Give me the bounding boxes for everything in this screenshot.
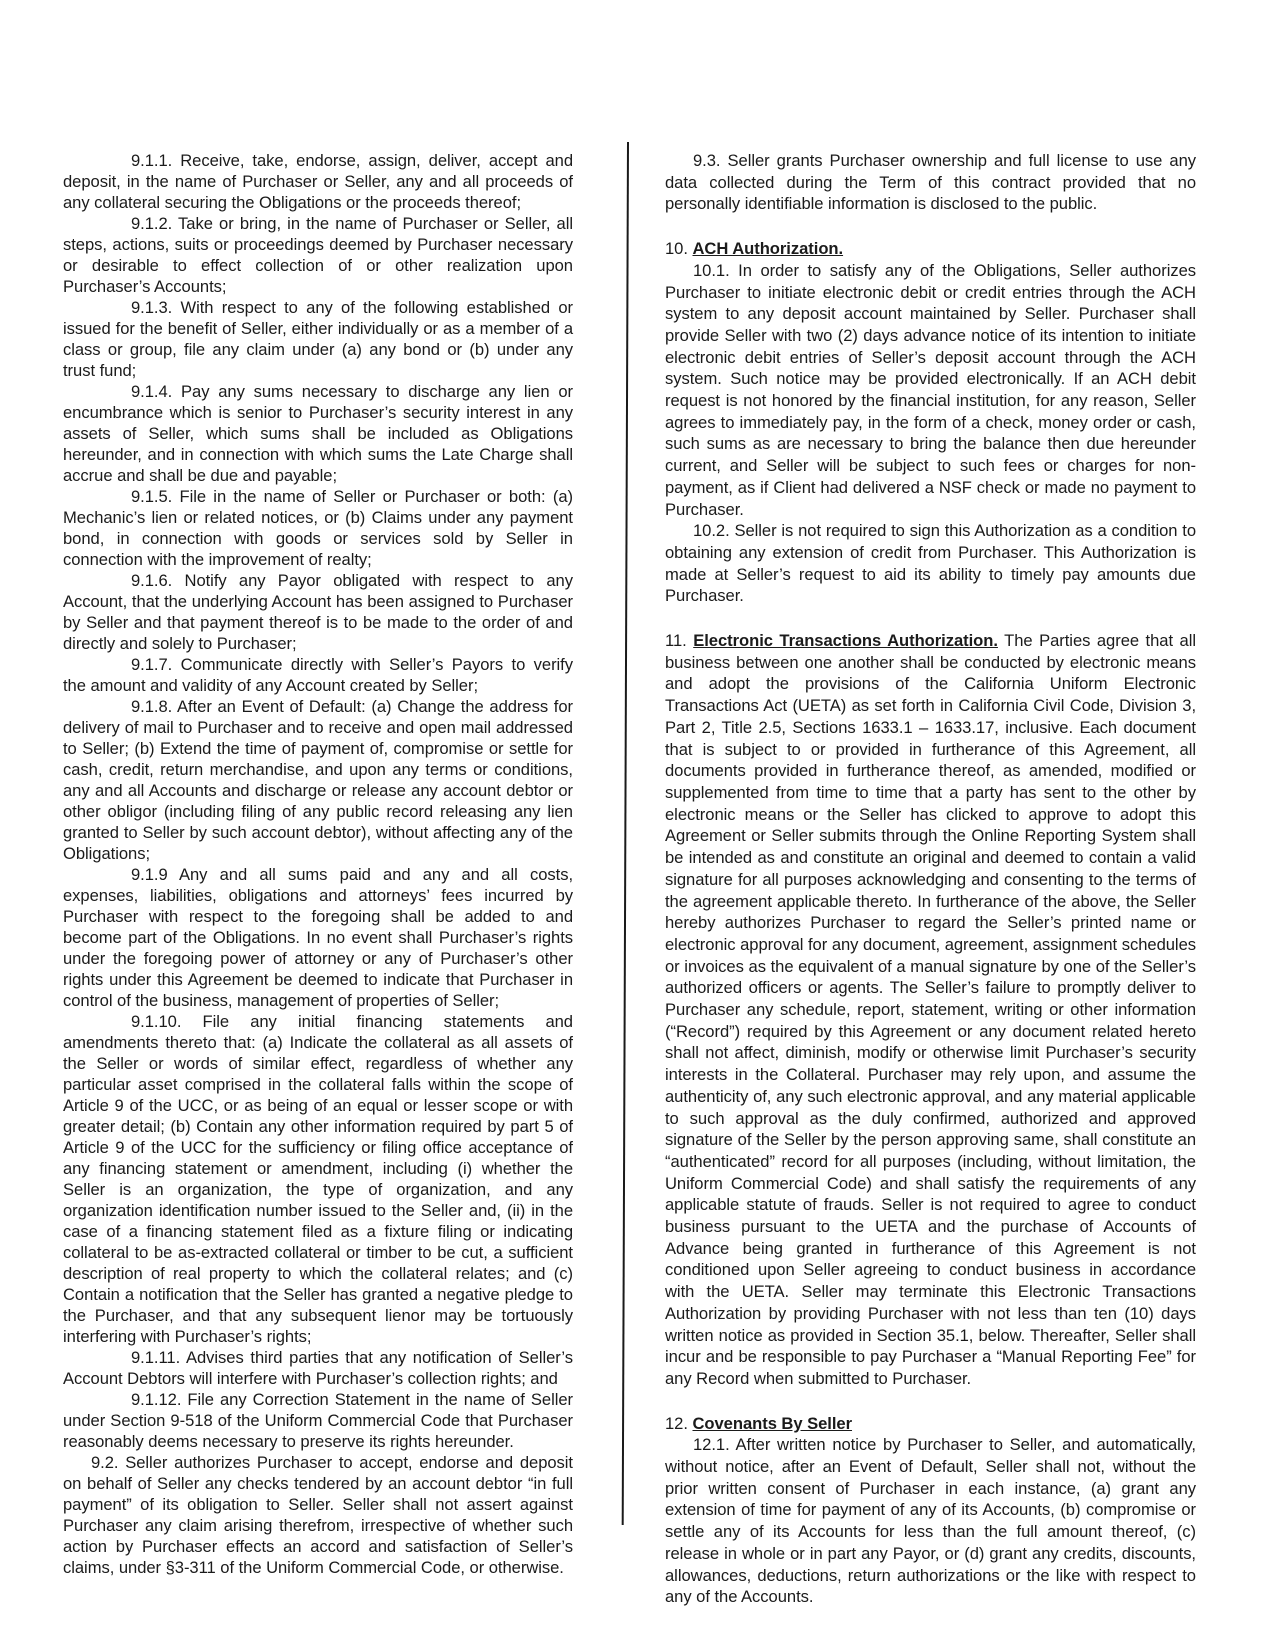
- paragraph-text: 9.1.10. File any initial financing state…: [63, 1012, 573, 1346]
- paragraph-text: 9.3. Seller grants Purchaser ownership a…: [665, 151, 1196, 213]
- section-heading-12: 12. Covenants By Seller: [665, 1413, 1196, 1435]
- paragraph-9-1-3: 9.1.3. With respect to any of the follow…: [63, 297, 573, 381]
- paragraph-9-3: 9.3. Seller grants Purchaser ownership a…: [665, 150, 1196, 215]
- paragraph-text: 9.2. Seller authorizes Purchaser to acce…: [63, 1453, 573, 1577]
- left-column: 9.1.1. Receive, take, endorse, assign, d…: [63, 150, 573, 1578]
- paragraph-9-1-8: 9.1.8. After an Event of Default: (a) Ch…: [63, 696, 573, 864]
- contract-page: 9.1.1. Receive, take, endorse, assign, d…: [0, 0, 1275, 1650]
- paragraph-text: 9.1.1. Receive, take, endorse, assign, d…: [63, 151, 573, 212]
- column-divider-line: [622, 142, 629, 1525]
- paragraph-text: 9.1.8. After an Event of Default: (a) Ch…: [63, 697, 573, 863]
- paragraph-9-1-10: 9.1.10. File any initial financing state…: [63, 1011, 573, 1347]
- paragraph-9-1-4: 9.1.4. Pay any sums necessary to dischar…: [63, 381, 573, 486]
- paragraph-text: 9.1.9 Any and all sums paid and any and …: [63, 865, 573, 1010]
- section-title: Electronic Transactions Authorization.: [693, 631, 998, 650]
- paragraph-text: 10.2. Seller is not required to sign thi…: [665, 521, 1196, 605]
- paragraph-9-1-2: 9.1.2. Take or bring, in the name of Pur…: [63, 213, 573, 297]
- paragraph-text: 9.1.5. File in the name of Seller or Pur…: [63, 487, 573, 569]
- paragraph-text: 9.1.4. Pay any sums necessary to dischar…: [63, 382, 573, 485]
- paragraph-text: 9.1.7. Communicate directly with Seller’…: [63, 655, 573, 695]
- section-number: 12.: [665, 1414, 688, 1433]
- paragraph-9-1-6: 9.1.6. Notify any Payor obligated with r…: [63, 570, 573, 654]
- paragraph-text: 9.1.11. Advises third parties that any n…: [63, 1348, 573, 1388]
- paragraph-9-1-7: 9.1.7. Communicate directly with Seller’…: [63, 654, 573, 696]
- section-number: 11.: [665, 631, 687, 650]
- section-title: ACH Authorization.: [692, 239, 843, 258]
- section-heading-10: 10. ACH Authorization.: [665, 238, 1196, 260]
- paragraph-9-1-11: 9.1.11. Advises third parties that any n…: [63, 1347, 573, 1389]
- section-number: 10.: [665, 239, 688, 258]
- paragraph-9-1-9: 9.1.9 Any and all sums paid and any and …: [63, 864, 573, 1011]
- paragraph-text: The Parties agree that all business betw…: [665, 631, 1196, 1388]
- paragraph-text: 9.1.3. With respect to any of the follow…: [63, 298, 573, 380]
- paragraph-text: 10.1. In order to satisfy any of the Obl…: [665, 261, 1196, 519]
- paragraph-text: 9.1.6. Notify any Payor obligated with r…: [63, 571, 573, 653]
- paragraph-9-2: 9.2. Seller authorizes Purchaser to acce…: [63, 1452, 573, 1578]
- paragraph-9-1-5: 9.1.5. File in the name of Seller or Pur…: [63, 486, 573, 570]
- paragraph-text: 9.1.12. File any Correction Statement in…: [63, 1390, 573, 1451]
- section-title: Covenants By Seller: [692, 1414, 852, 1433]
- paragraph-10-1: 10.1. In order to satisfy any of the Obl…: [665, 260, 1196, 520]
- paragraph-10-2: 10.2. Seller is not required to sign thi…: [665, 520, 1196, 607]
- paragraph-text: 12.1. After written notice by Purchaser …: [665, 1435, 1196, 1606]
- paragraph-12-1: 12.1. After written notice by Purchaser …: [665, 1434, 1196, 1608]
- paragraph-text: 9.1.2. Take or bring, in the name of Pur…: [63, 214, 573, 296]
- paragraph-9-1-12: 9.1.12. File any Correction Statement in…: [63, 1389, 573, 1452]
- paragraph-9-1-1: 9.1.1. Receive, take, endorse, assign, d…: [63, 150, 573, 213]
- section-heading-11: 11. Electronic Transactions Authorizatio…: [665, 630, 1196, 1390]
- right-column: 9.3. Seller grants Purchaser ownership a…: [665, 150, 1196, 1608]
